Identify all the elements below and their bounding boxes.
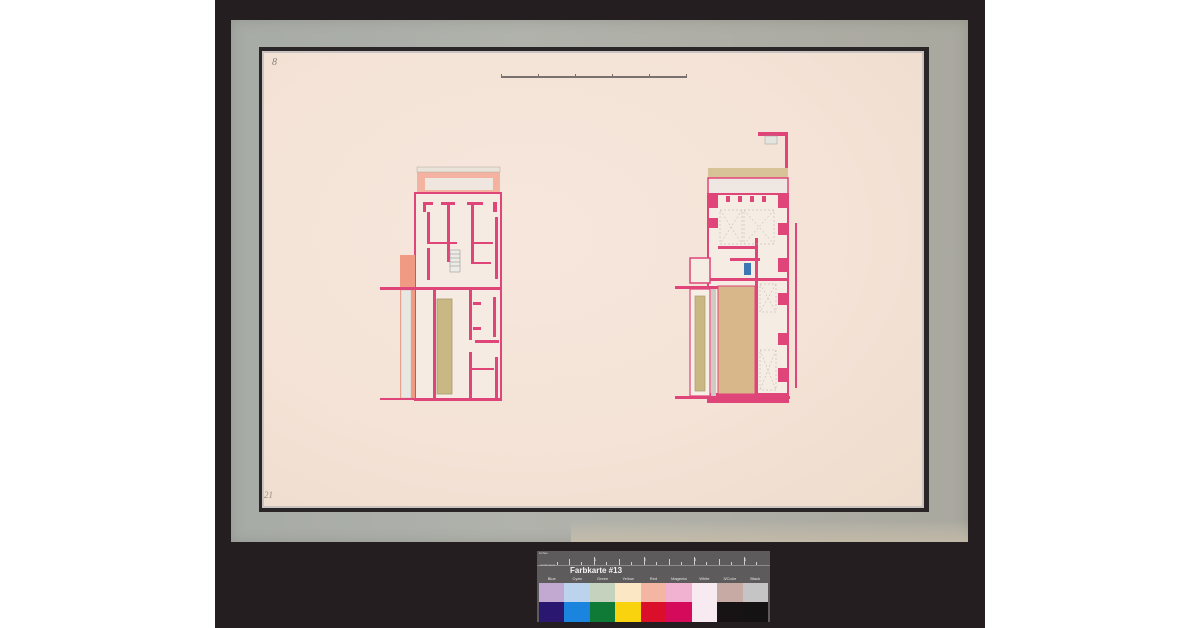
swatch-cyan-dark — [564, 602, 589, 622]
swatch-blue-dark — [539, 602, 564, 622]
swatch-magenta-dark — [666, 602, 691, 622]
swatch-label: White — [692, 576, 717, 583]
left-floor-plan — [375, 162, 510, 407]
swatch-yellow-light — [615, 583, 640, 602]
swatch-3-color-dark — [717, 602, 742, 622]
swatch-black-light — [743, 583, 768, 602]
swatch-cyan-light — [564, 583, 589, 602]
drawing-paper — [264, 53, 922, 506]
swatch-label: Cyan — [564, 576, 589, 583]
swatch-green-light — [590, 583, 615, 602]
swatch-magenta-light — [666, 583, 691, 602]
sheet-number: 8 — [272, 57, 277, 68]
swatch-yellow-dark — [615, 602, 640, 622]
ruler-cm-label: centimeters — [540, 563, 556, 567]
swatch-label: Green — [590, 576, 615, 583]
swatch-black-dark — [743, 602, 768, 622]
mat-damage-stain — [571, 520, 968, 542]
scale-bar — [501, 76, 687, 78]
swatch-white-dark — [692, 602, 717, 622]
swatch-green-dark — [590, 602, 615, 622]
swatch-row-dark — [539, 602, 768, 622]
color-card-title: Farbkarte #13 — [570, 566, 622, 575]
swatch-labels: Blue Cyan Green Yellow Red Magenta White… — [539, 576, 768, 583]
swatch-label: Magenta — [666, 576, 691, 583]
swatch-3-color-light — [717, 583, 742, 602]
ruler-inches-label: inches — [539, 551, 548, 555]
swatch-red-light — [641, 583, 666, 602]
swatch-red-dark — [641, 602, 666, 622]
swatch-label: Black — [743, 576, 768, 583]
corner-mark: 21 — [264, 490, 273, 500]
right-floor-plan — [670, 118, 805, 408]
swatch-blue-light — [539, 583, 564, 602]
swatch-label: Yellow — [615, 576, 640, 583]
swatch-label: Red — [641, 576, 666, 583]
swatch-label: 3/Color — [717, 576, 742, 583]
swatch-white-light — [692, 583, 717, 602]
swatch-row-light — [539, 583, 768, 602]
swatch-label: Blue — [539, 576, 564, 583]
color-calibration-card: inches 1 2 3 4 centimeters Farbkarte #13… — [537, 551, 770, 622]
card-ruler: inches 1 2 3 4 — [537, 551, 770, 566]
